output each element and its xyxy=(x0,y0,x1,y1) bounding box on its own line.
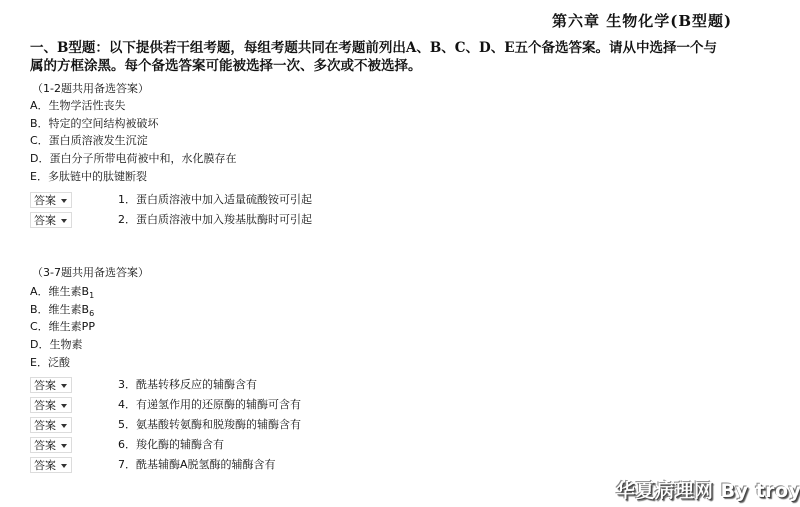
option-a: A．生物学活性丧失 xyxy=(30,97,126,115)
instructions: 一、B型题：以下提供若干组考题，每组考题共同在考题前列出A、B、C、D、E五个备… xyxy=(30,39,800,75)
chevron-down-icon xyxy=(61,444,67,448)
option-d: D．生物素 xyxy=(30,336,82,354)
option-a: A．维生素B1 xyxy=(30,283,94,301)
option-c: C．蛋白质溶液发生沉淀 xyxy=(30,132,148,150)
chevron-down-icon xyxy=(61,384,67,388)
chevron-down-icon xyxy=(61,404,67,408)
answer-select-label: 答案 xyxy=(34,399,56,412)
answer-select-label: 答案 xyxy=(34,214,56,227)
option-d: D．蛋白分子所带电荷被中和，水化膜存在 xyxy=(30,150,236,168)
answer-select-1[interactable]: 答案 xyxy=(30,192,72,208)
question-1: 1．蛋白质溶液中加入适量硫酸铵可引起 xyxy=(118,192,312,208)
answer-select-label: 答案 xyxy=(34,419,56,432)
chevron-down-icon xyxy=(61,424,67,428)
answer-select-2[interactable]: 答案 xyxy=(30,212,72,228)
question-2: 2．蛋白质溶液中加入羧基肽酶时可引起 xyxy=(118,212,312,228)
option-c: C．维生素PP xyxy=(30,318,95,336)
watermark: 华夏病理网 By troy xyxy=(616,476,800,503)
question-7: 7．酰基辅酶A脱氢酶的辅酶含有 xyxy=(118,457,276,473)
answer-select-label: 答案 xyxy=(34,439,56,452)
answer-select-label: 答案 xyxy=(34,194,56,207)
question-6: 6．羧化酶的辅酶含有 xyxy=(118,437,224,453)
option-b: B．维生素B6 xyxy=(30,301,94,319)
group-heading: （1-2题共用备选答案） xyxy=(32,80,149,96)
answer-select-6[interactable]: 答案 xyxy=(30,437,72,453)
answer-select-3[interactable]: 答案 xyxy=(30,377,72,393)
instructions-line-1: 一、B型题：以下提供若干组考题，每组考题共同在考题前列出A、B、C、D、E五个备… xyxy=(30,39,800,57)
question-5: 5．氨基酸转氨酶和脱羧酶的辅酶含有 xyxy=(118,417,301,433)
answer-select-4[interactable]: 答案 xyxy=(30,397,72,413)
chevron-down-icon xyxy=(61,199,67,203)
answer-select-label: 答案 xyxy=(34,459,56,472)
question-3: 3．酰基转移反应的辅酶含有 xyxy=(118,377,257,393)
page-title: 第六章 生物化学(B型题) xyxy=(552,10,732,31)
option-e: E．多肽链中的肽键断裂 xyxy=(30,168,147,186)
answer-select-7[interactable]: 答案 xyxy=(30,457,72,473)
answer-select-label: 答案 xyxy=(34,379,56,392)
chevron-down-icon xyxy=(61,219,67,223)
instructions-line-2: 属的方框涂黑。每个备选答案可能被选择一次、多次或不被选择。 xyxy=(30,57,800,75)
answer-select-5[interactable]: 答案 xyxy=(30,417,72,433)
option-e: E．泛酸 xyxy=(30,354,70,372)
option-b: B．特定的空间结构被破坏 xyxy=(30,115,159,133)
question-4: 4．有递氢作用的还原酶的辅酶可含有 xyxy=(118,397,301,413)
chevron-down-icon xyxy=(61,464,67,468)
group-heading: （3-7题共用备选答案） xyxy=(32,264,149,280)
